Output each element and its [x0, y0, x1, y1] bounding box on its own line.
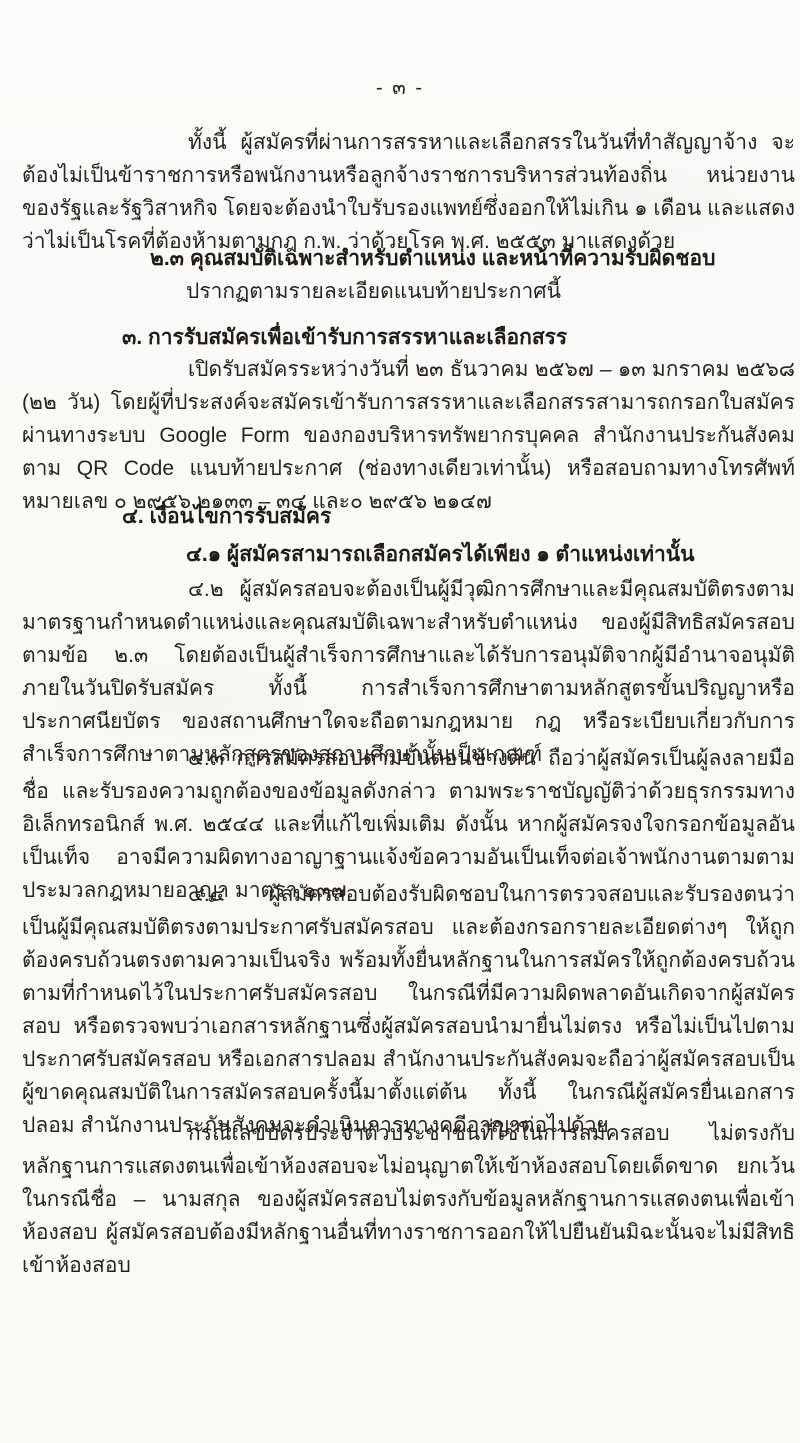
section-4-heading: ๔. เงื่อนไขการรับสมัคร: [122, 500, 795, 533]
section-2-3-heading: ๒.๓ คุณสมบัติเฉพาะสำหรับตำแหน่ง และหน้าท…: [150, 242, 795, 275]
section-3-paragraph: เปิดรับสมัครระหว่างวันที่ ๒๓ ธันวาคม ๒๕๖…: [22, 353, 795, 518]
item-4-4-paragraph: ๔.๔ ผู้สมัครสอบต้องรับผิดชอบในการตรวจสอบ…: [22, 878, 795, 1142]
page-number: - ๓ -: [0, 72, 800, 105]
scanned-document-page: - ๓ - ทั้งนี้ ผู้สมัครที่ผ่านการสรรหาและ…: [0, 0, 800, 1443]
section-2-3-detail: ปรากฏตามรายละเอียดแนบท้ายประกาศนี้: [186, 275, 795, 308]
id-card-mismatch-paragraph: กรณีเลขบัตรประจำตัวประชาชนที่ใช้ในการสมั…: [22, 1117, 795, 1282]
item-4-1: ๔.๑ ผู้สมัครสามารถเลือกสมัครได้เพียง ๑ ต…: [186, 538, 795, 571]
intro-paragraph: ทั้งนี้ ผู้สมัครที่ผ่านการสรรหาและเลือกส…: [22, 126, 795, 258]
section-3-heading: ๓. การรับสมัครเพื่อเข้ารับการสรรหาและเลื…: [122, 321, 795, 354]
